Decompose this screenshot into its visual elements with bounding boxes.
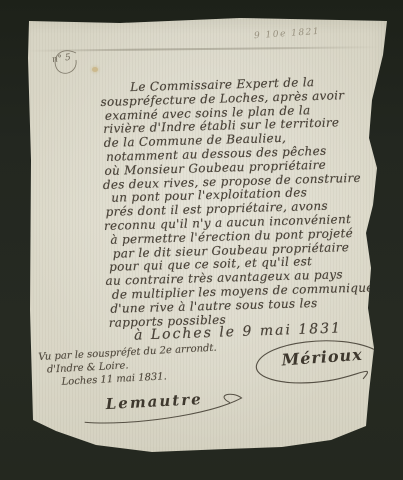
scanned-document-page: n° 5 9 10e 1821 Le Commissaire Expert de… <box>0 0 403 480</box>
letter-body: Le Commissaire Expert de la souspréfectu… <box>100 74 399 330</box>
manuscript-paper: n° 5 9 10e 1821 Le Commissaire Expert de… <box>0 0 403 480</box>
pencil-date-note: 9 10e 1821 <box>254 27 321 42</box>
signature-subprefect: Lemautre <box>79 386 251 429</box>
subprefect-endorsement: Vu par le souspréfet du 2e arrondt. d'In… <box>38 342 218 390</box>
paper-stain <box>92 67 98 72</box>
signature-commissaire: Mérioux <box>248 333 386 396</box>
archival-corner-mark: n° 5 <box>48 46 86 82</box>
